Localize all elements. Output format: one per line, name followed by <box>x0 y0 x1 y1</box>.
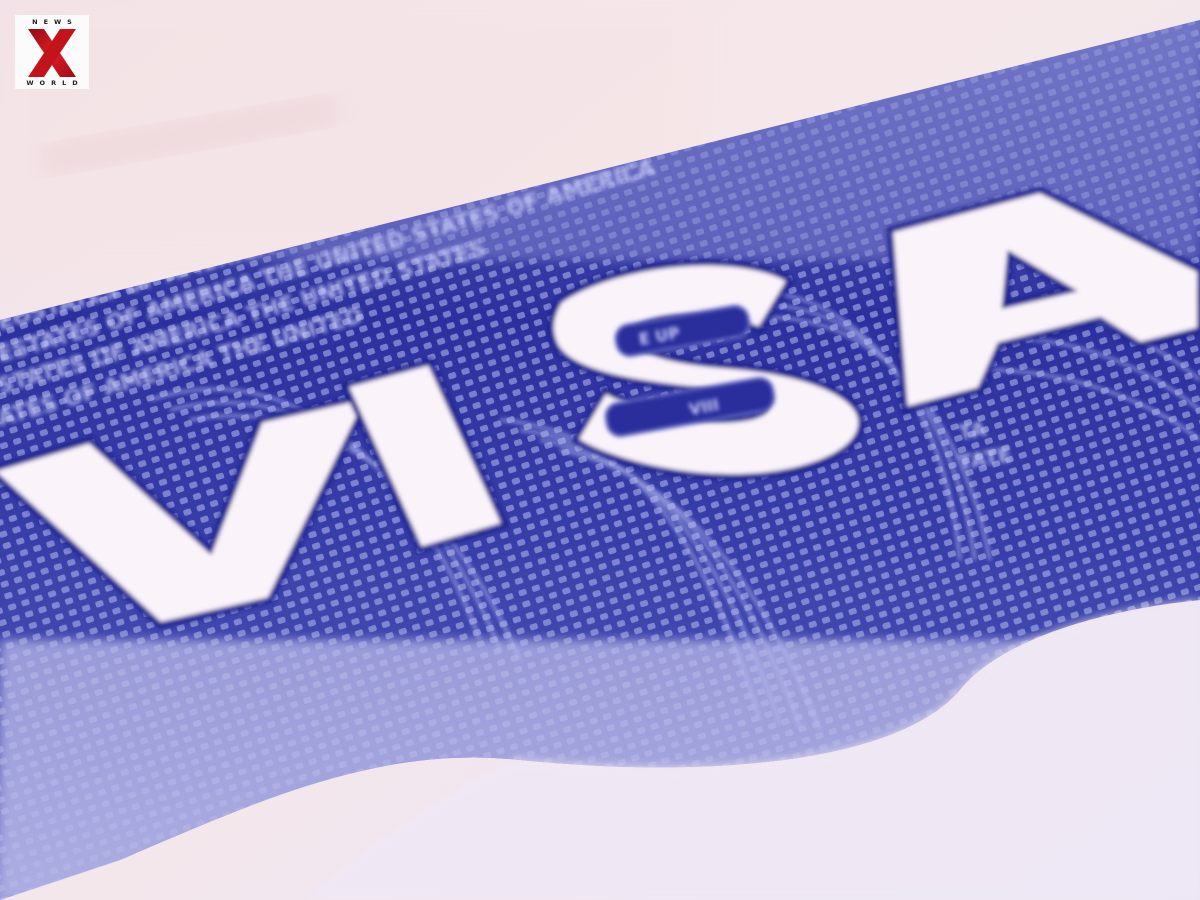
logo-top-text: NEWS <box>26 18 78 26</box>
newsx-world-logo: NEWS WORLD <box>15 15 89 89</box>
visa-photo: EOSTATES OF AMERICA THE UNITED STATES OF… <box>0 0 1200 900</box>
logo-bottom-text: WORLD <box>20 79 83 87</box>
x-mark-icon <box>24 27 80 79</box>
svg-text:TA: TA <box>957 416 989 445</box>
